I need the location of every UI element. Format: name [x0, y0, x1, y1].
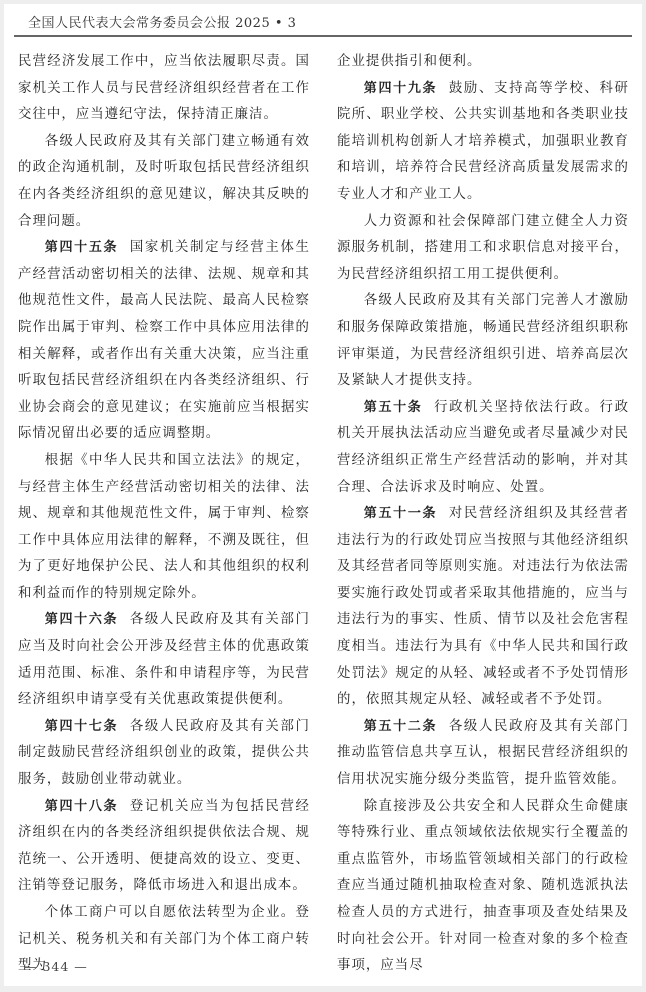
- paragraph: 人力资源和社会保障部门建立健全人力资源服务机制，搭建用工和求职信息对接平台，为民…: [337, 209, 629, 289]
- paragraph: 各级人民政府及其有关部门建立畅通有效的政企沟通机制，及时听取包括民营经济组织在内…: [18, 129, 310, 235]
- article-paragraph: 第五十一条对民营经济组织及其经营者违法行为的行政处罚应当按照与其他经济组织及其经…: [337, 501, 629, 714]
- article-paragraph: 第四十五条国家机关制定与经营主体生产经营活动密切相关的法律、法规、规章和其他规范…: [18, 235, 310, 448]
- paragraph-text: 除直接涉及公共安全和人民群众生命健康等特殊行业、重点领域依法依规实行全覆盖的重点…: [337, 799, 629, 974]
- page-number: — 344 —: [24, 959, 88, 974]
- paragraph-text: 民营经济发展工作中，应当依法履职尽责。国家机关工作人员与民营经济组织经营者在工作…: [18, 54, 310, 122]
- article-paragraph: 第五十条行政机关坚持依法行政。行政机关开展执法活动应当避免或者尽量减少对民营经济…: [337, 395, 629, 501]
- paragraph-text: 各级人民政府及其有关部门完善人才激励和服务保障政策措施，畅通民营经济组织职称评审…: [337, 293, 629, 388]
- article-paragraph: 第四十六条各级人民政府及其有关部门应当及时向社会公开涉及经营主体的优惠政策适用范…: [18, 607, 310, 713]
- article-number: 第五十二条: [364, 719, 437, 734]
- paragraph-text: 各级人民政府及其有关部门建立畅通有效的政企沟通机制，及时听取包括民营经济组织在内…: [18, 134, 310, 229]
- running-header: 全国人民代表大会常务委员会公报 2025 • 3: [28, 14, 296, 34]
- article-number: 第四十九条: [364, 81, 437, 96]
- document-page: 全国人民代表大会常务委员会公报 2025 • 3 民营经济发展工作中，应当依法履…: [4, 4, 642, 986]
- article-number: 第五十一条: [364, 506, 437, 521]
- right-column: 企业提供指引和便利。 第四十九条鼓励、支持高等学校、科研院所、职业学校、公共实训…: [337, 49, 629, 980]
- paragraph: 除直接涉及公共安全和人民群众生命健康等特殊行业、重点领域依法依规实行全覆盖的重点…: [337, 794, 629, 980]
- header-rule: [14, 35, 632, 37]
- article-paragraph: 第五十二条各级人民政府及其有关部门推动监管信息共享互认，根据民营经济组织的信用状…: [337, 714, 629, 794]
- paragraph: 根据《中华人民共和国立法法》的规定，与经营主体生产经营活动密切相关的法律、法规、…: [18, 448, 310, 608]
- left-column: 民营经济发展工作中，应当依法履职尽责。国家机关工作人员与民营经济组织经营者在工作…: [18, 49, 310, 980]
- article-number: 第四十七条: [45, 719, 118, 734]
- paragraph-text: 对民营经济组织及其经营者违法行为的行政处罚应当按照与其他经济组织及其经营者同等原…: [337, 506, 629, 707]
- paragraph-text: 国家机关制定与经营主体生产经营活动密切相关的法律、法规、规章和其他规范性文件，最…: [18, 240, 310, 441]
- article-number: 第五十条: [364, 400, 423, 415]
- paragraph: 各级人民政府及其有关部门完善人才激励和服务保障政策措施，畅通民营经济组织职称评审…: [337, 288, 629, 394]
- paragraph: 民营经济发展工作中，应当依法履职尽责。国家机关工作人员与民营经济组织经营者在工作…: [18, 49, 310, 129]
- article-paragraph: 第四十七条各级人民政府及其有关部门制定鼓励民营经济组织创业的政策，提供公共服务，…: [18, 714, 310, 794]
- article-number: 第四十六条: [45, 612, 118, 627]
- article-number: 第四十五条: [45, 240, 118, 255]
- paragraph-text: 鼓励、支持高等学校、科研院所、职业学校、公共实训基地和各类职业技能培训机构创新人…: [337, 81, 629, 202]
- paragraph-text: 根据《中华人民共和国立法法》的规定，与经营主体生产经营活动密切相关的法律、法规、…: [18, 453, 310, 601]
- article-paragraph: 第四十九条鼓励、支持高等学校、科研院所、职业学校、公共实训基地和各类职业技能培训…: [337, 76, 629, 209]
- paragraph-text: 人力资源和社会保障部门建立健全人力资源服务机制，搭建用工和求职信息对接平台，为民…: [337, 214, 629, 282]
- paragraph-text: 企业提供指引和便利。: [337, 54, 481, 69]
- paragraph: 企业提供指引和便利。: [337, 49, 629, 76]
- article-number: 第四十八条: [45, 799, 118, 814]
- article-paragraph: 第四十八条登记机关应当为包括民营经济组织在内的各类经济组织提供依法合规、规范统一…: [18, 794, 310, 900]
